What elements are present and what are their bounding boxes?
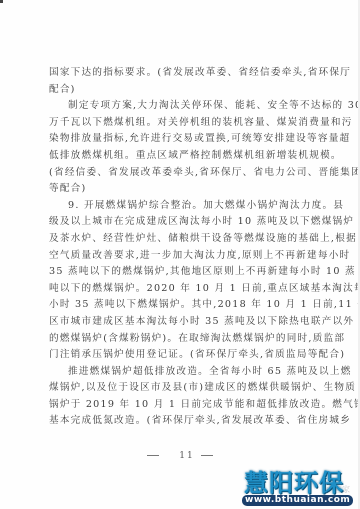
document-body: 国家下达的指标要求。(省发展改革委、省经信委牵头,省环保厅 配合) 制定专项方案… <box>49 65 314 430</box>
text-line: 等配合) <box>49 181 314 198</box>
watermark-url: www.bthuaian.com <box>242 495 353 506</box>
text-line: 空气质量改善要求,进一步加大淘汰力度,原则上不再新建每小时 <box>49 248 314 265</box>
text-line: 及茶水炉、经营性炉灶、储粮烘干设备等燃煤设施的基础上,根据 <box>49 231 314 248</box>
watermark-title: 慧阳环保 <box>244 470 344 496</box>
text-line: 区市城市建成区基本淘汰每小时 35 蒸吨及以下除热电联产以外 <box>49 314 314 331</box>
dash-left <box>147 455 159 456</box>
page-number: 11 <box>0 451 360 461</box>
text-line: 吨以下的燃煤锅炉。2020 年 10 月 1 日前,重点区域基本淘汰每 <box>49 281 314 298</box>
section-heading-line: 9. 开展燃煤锅炉综合整治。加大燃煤小锅炉淘汰力度。县 <box>49 198 314 215</box>
text-line: 配合) <box>49 82 314 99</box>
text-line: 小时 35 蒸吨以下燃煤锅炉。其中,2018 年 10 月 1 日前,11 个设 <box>49 297 314 314</box>
text-line: 35 蒸吨以下的燃煤锅炉,其他地区原则上不再新建每小时 10 蒸 <box>49 264 314 281</box>
text-line: 低排放燃煤机组。重点区域严格控制燃煤机组新增装机规模。 <box>49 148 314 165</box>
document-page: 国家下达的指标要求。(省发展改革委、省经信委牵头,省环保厅 配合) 制定专项方案… <box>0 0 360 509</box>
text-line: 门注销承压锅炉使用登记证。(省环保厅牵头,省质监局等配合) <box>49 347 314 364</box>
dash-right <box>201 455 213 456</box>
text-line: 级及以上城市在完成建成区淘汰每小时 10 蒸吨及以下燃煤锅炉 <box>49 214 314 231</box>
text-line: 国家下达的指标要求。(省发展改革委、省经信委牵头,省环保厅 <box>49 65 314 82</box>
text-line: 制定专项方案,大力淘汰关停环保、能耗、安全等不达标的 30 <box>49 98 314 115</box>
watermark-logo: 中管家 慧阳环保 www.bthuaian.com <box>238 470 360 509</box>
text-line: 染物排放量指标,允许进行交易或置换,可统筹安排建设等容量超 <box>49 131 314 148</box>
text-line: 基本完成低氮改造。(省环保厅牵头,省发展改革委、省住房城乡 <box>49 413 314 430</box>
text-line: 推进燃煤锅炉超低排放改造。全省每小时 65 蒸吨及以上燃 <box>49 364 314 381</box>
page-number-value: 11 <box>179 451 194 461</box>
text-line: (省经信委、省发展改革委牵头,省环保厅、省电力公司、晋能集团 <box>49 165 314 182</box>
text-line: 万千瓦以下燃煤机组。对关停机组的装机容量、煤炭消费量和污 <box>49 115 314 132</box>
text-line: 锅炉于 2019 年 10 月 1 日前完成节能和超低排放改造。燃气锅炉 <box>49 397 314 414</box>
text-line: 煤锅炉,以及位于设区市及县(市)建成区的燃煤供暖锅炉、生物质 <box>49 380 314 397</box>
text-line: 的燃煤锅炉(含煤粉锅炉)。在取缔淘汰燃煤锅炉的同时,质监部 <box>49 331 314 348</box>
corner-mark <box>0 0 3 3</box>
